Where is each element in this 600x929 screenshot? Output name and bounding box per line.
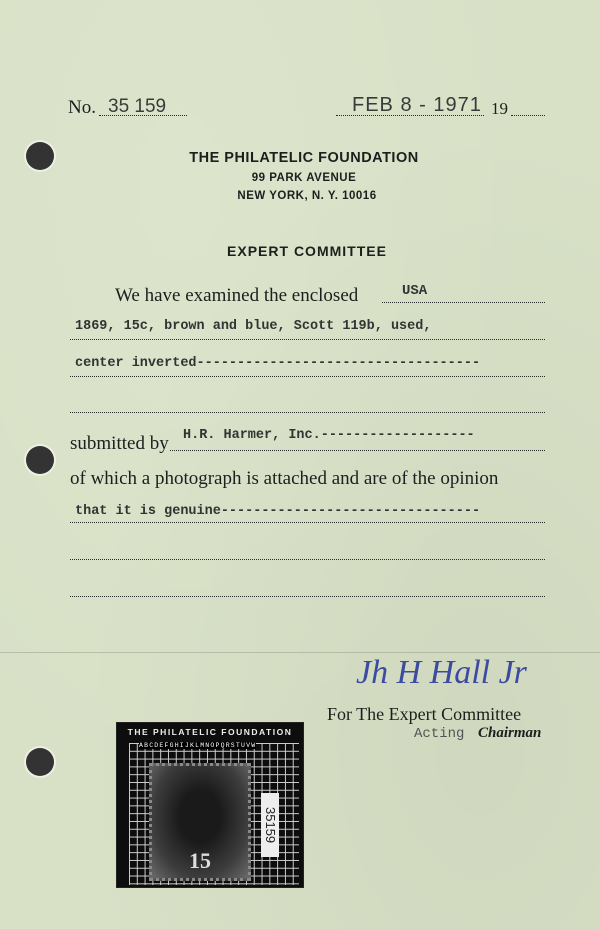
certificate-paper: No. 35 159 FEB 8 - 1971 19 THE PHILATELI…: [0, 0, 600, 929]
org-address-1: 99 PARK AVENUE: [0, 172, 600, 184]
blank-underline-3: [70, 596, 545, 597]
description-underline-2: [70, 376, 545, 377]
number-label: No.: [68, 97, 96, 119]
description-line-1: 1869, 15c, brown and blue, Scott 119b, u…: [75, 319, 431, 334]
grid-letters: ABCDEFGHIJKLMNOPQRSTUVW: [139, 742, 256, 749]
chairman-label: Chairman: [478, 725, 541, 742]
stamp-value: 15: [152, 848, 248, 874]
examined-label: We have examined the enclosed: [115, 285, 358, 307]
fold-line: [0, 652, 600, 653]
blank-underline-1: [70, 412, 545, 413]
description-line-2: center inverted-------------------------…: [75, 356, 480, 371]
year-prefix: 19: [491, 99, 508, 119]
signature: Jh H Hall Jr: [356, 654, 527, 692]
punch-hole-middle: [26, 446, 54, 474]
certificate-number: 35 159: [108, 96, 166, 118]
photograph-statement: of which a photograph is attached and ar…: [70, 468, 498, 490]
punch-hole-bottom: [26, 748, 54, 776]
year-underline: [511, 115, 545, 116]
opinion-underline: [70, 522, 545, 523]
country-underline: [382, 302, 545, 303]
photo-title: THE PHILATELIC FOUNDATION: [117, 727, 303, 737]
submitter-field: H.R. Harmer, Inc.-------------------: [183, 428, 475, 443]
committee-heading: EXPERT COMMITTEE: [0, 243, 600, 259]
org-name: THE PHILATELIC FOUNDATION: [0, 150, 600, 166]
submitter-underline: [170, 450, 545, 451]
submitted-label: submitted by: [70, 433, 169, 455]
for-committee-label: For The Expert Committee: [327, 704, 521, 725]
attached-photograph: THE PHILATELIC FOUNDATION ABCDEFGHIJKLMN…: [116, 722, 304, 888]
description-underline-1: [70, 339, 545, 340]
blank-underline-2: [70, 559, 545, 560]
photo-certificate-number: 35159: [261, 793, 279, 857]
stamp-image: 15: [149, 763, 251, 881]
country-field: USA: [402, 283, 427, 299]
date-stamp: FEB 8 - 1971: [352, 94, 482, 117]
acting-label: Acting: [414, 726, 464, 742]
opinion-field: that it is genuine----------------------…: [75, 504, 480, 519]
org-address-2: NEW YORK, N. Y. 10016: [0, 190, 600, 202]
